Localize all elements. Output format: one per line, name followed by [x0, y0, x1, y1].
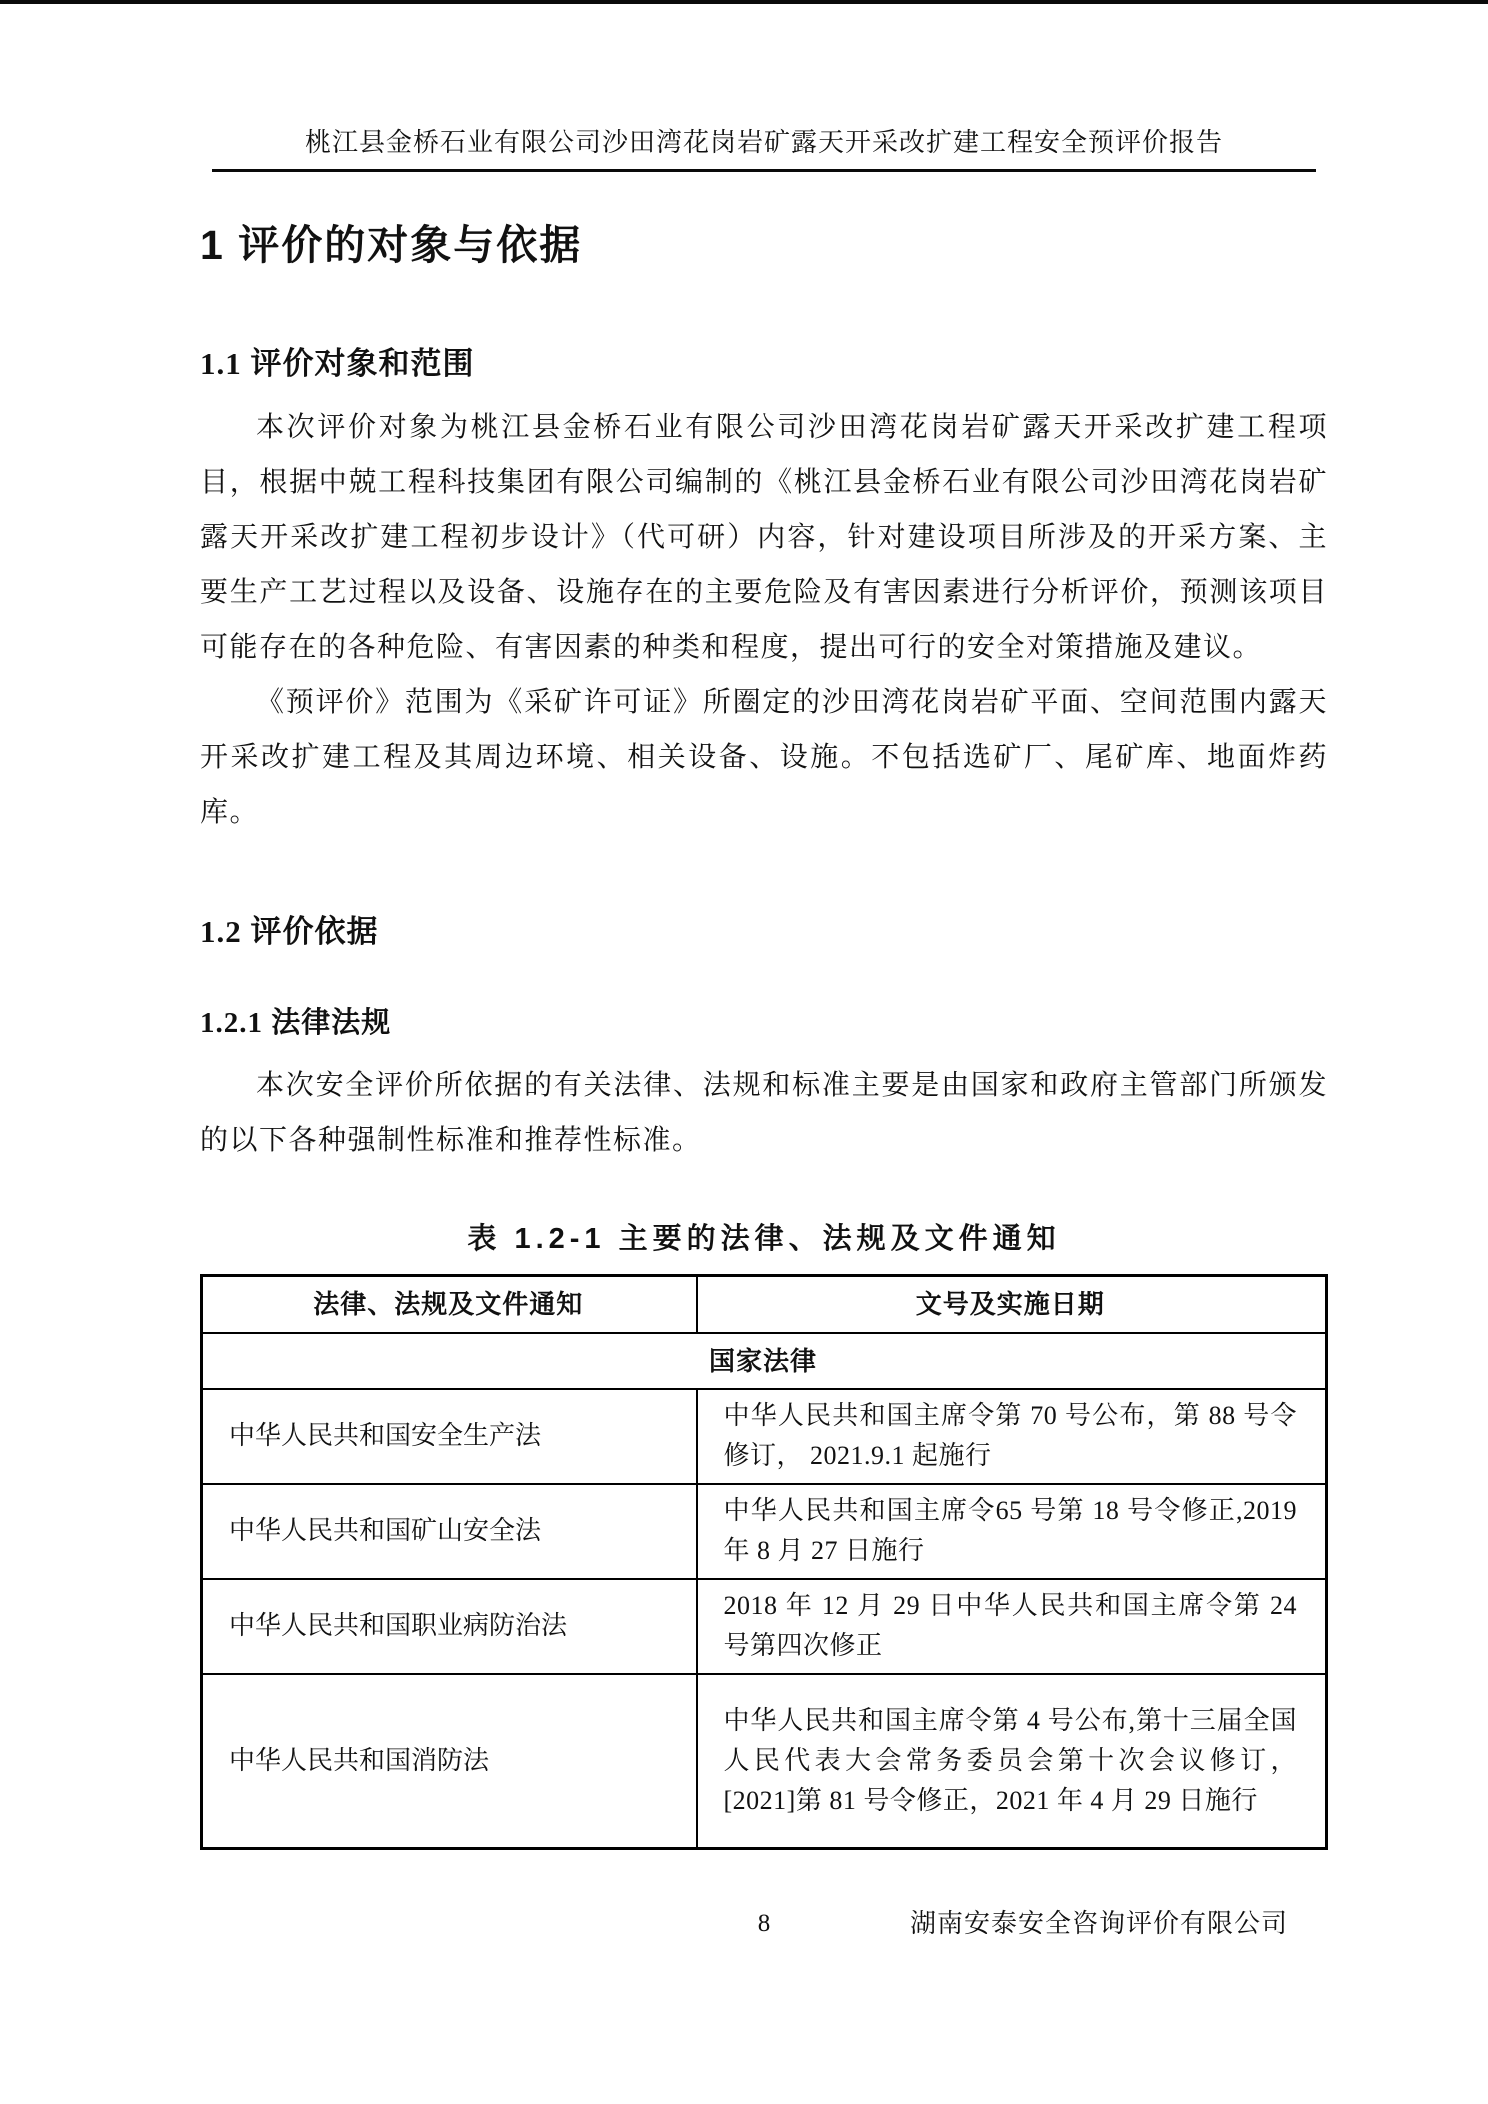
table-header-doc-column: 文号及实施日期 — [697, 1276, 1327, 1333]
section-1-1-paragraph-1: 本次评价对象为桃江县金桥石业有限公司沙田湾花岗岩矿露天开采改扩建工程项目，根据中… — [200, 400, 1328, 675]
doc-number-cell: 2018 年 12 月 29 日中华人民共和国主席令第 24 号第四次修正 — [697, 1579, 1327, 1674]
running-header-title: 桃江县金桥石业有限公司沙田湾花岗岩矿露天开采改扩建工程安全预评价报告 — [200, 126, 1328, 160]
page-footer: 8 湖南安泰安全咨询评价有限公司 — [200, 1906, 1328, 1942]
page-content: 桃江县金桥石业有限公司沙田湾花岗岩矿露天开采改扩建工程安全预评价报告 1 评价的… — [200, 126, 1328, 1942]
section-1-1-heading: 1.1 评价对象和范围 — [200, 344, 1328, 384]
section-1-2-1-paragraph-1: 本次安全评价所依据的有关法律、法规和标准主要是由国家和政府主管部门所颁发的以下各… — [200, 1058, 1328, 1168]
section-1-1-paragraph-2: 《预评价》范围为《采矿许可证》所圈定的沙田湾花岗岩矿平面、空间范围内露天开采改扩… — [200, 675, 1328, 840]
table-row: 中华人民共和国安全生产法 中华人民共和国主席令第 70 号公布，第 88 号令修… — [202, 1389, 1327, 1484]
section-1-2-1-heading: 1.2.1 法律法规 — [200, 1004, 1328, 1042]
header-divider-rule — [212, 169, 1316, 172]
doc-number-cell: 中华人民共和国主席令65 号第 18 号令修正,2019 年 8 月 27 日施… — [697, 1484, 1327, 1579]
table-header-law-column: 法律、法规及文件通知 — [202, 1276, 697, 1333]
doc-number-cell: 中华人民共和国主席令第 4 号公布,第十三届全国人民代表大会常务委员会第十次会议… — [697, 1674, 1327, 1849]
law-name-cell: 中华人民共和国职业病防治法 — [202, 1579, 697, 1674]
law-name-cell: 中华人民共和国矿山安全法 — [202, 1484, 697, 1579]
footer-company-name: 湖南安泰安全咨询评价有限公司 — [910, 1906, 1288, 1942]
table-section-label: 国家法律 — [202, 1333, 1327, 1389]
table-row: 中华人民共和国矿山安全法 中华人民共和国主席令65 号第 18 号令修正,201… — [202, 1484, 1327, 1579]
document-page: 桃江县金桥石业有限公司沙田湾花岗岩矿露天开采改扩建工程安全预评价报告 1 评价的… — [0, 0, 1488, 2104]
page-number: 8 — [758, 1906, 771, 1942]
table-section-row: 国家法律 — [202, 1333, 1327, 1389]
laws-table: 法律、法规及文件通知 文号及实施日期 国家法律 中华人民共和国安全生产法 中华人… — [200, 1274, 1328, 1850]
scan-edge-strip — [0, 0, 1488, 4]
chapter-heading: 1 评价的对象与依据 — [200, 218, 1328, 272]
table-row: 中华人民共和国消防法 中华人民共和国主席令第 4 号公布,第十三届全国人民代表大… — [202, 1674, 1327, 1849]
table-caption: 表 1.2-1 主要的法律、法规及文件通知 — [200, 1220, 1328, 1258]
table-row: 中华人民共和国职业病防治法 2018 年 12 月 29 日中华人民共和国主席令… — [202, 1579, 1327, 1674]
section-1-2-heading: 1.2 评价依据 — [200, 912, 1328, 952]
doc-number-cell: 中华人民共和国主席令第 70 号公布，第 88 号令修订， 2021.9.1 起… — [697, 1389, 1327, 1484]
law-name-cell: 中华人民共和国消防法 — [202, 1674, 697, 1849]
table-header-row: 法律、法规及文件通知 文号及实施日期 — [202, 1276, 1327, 1333]
law-name-cell: 中华人民共和国安全生产法 — [202, 1389, 697, 1484]
